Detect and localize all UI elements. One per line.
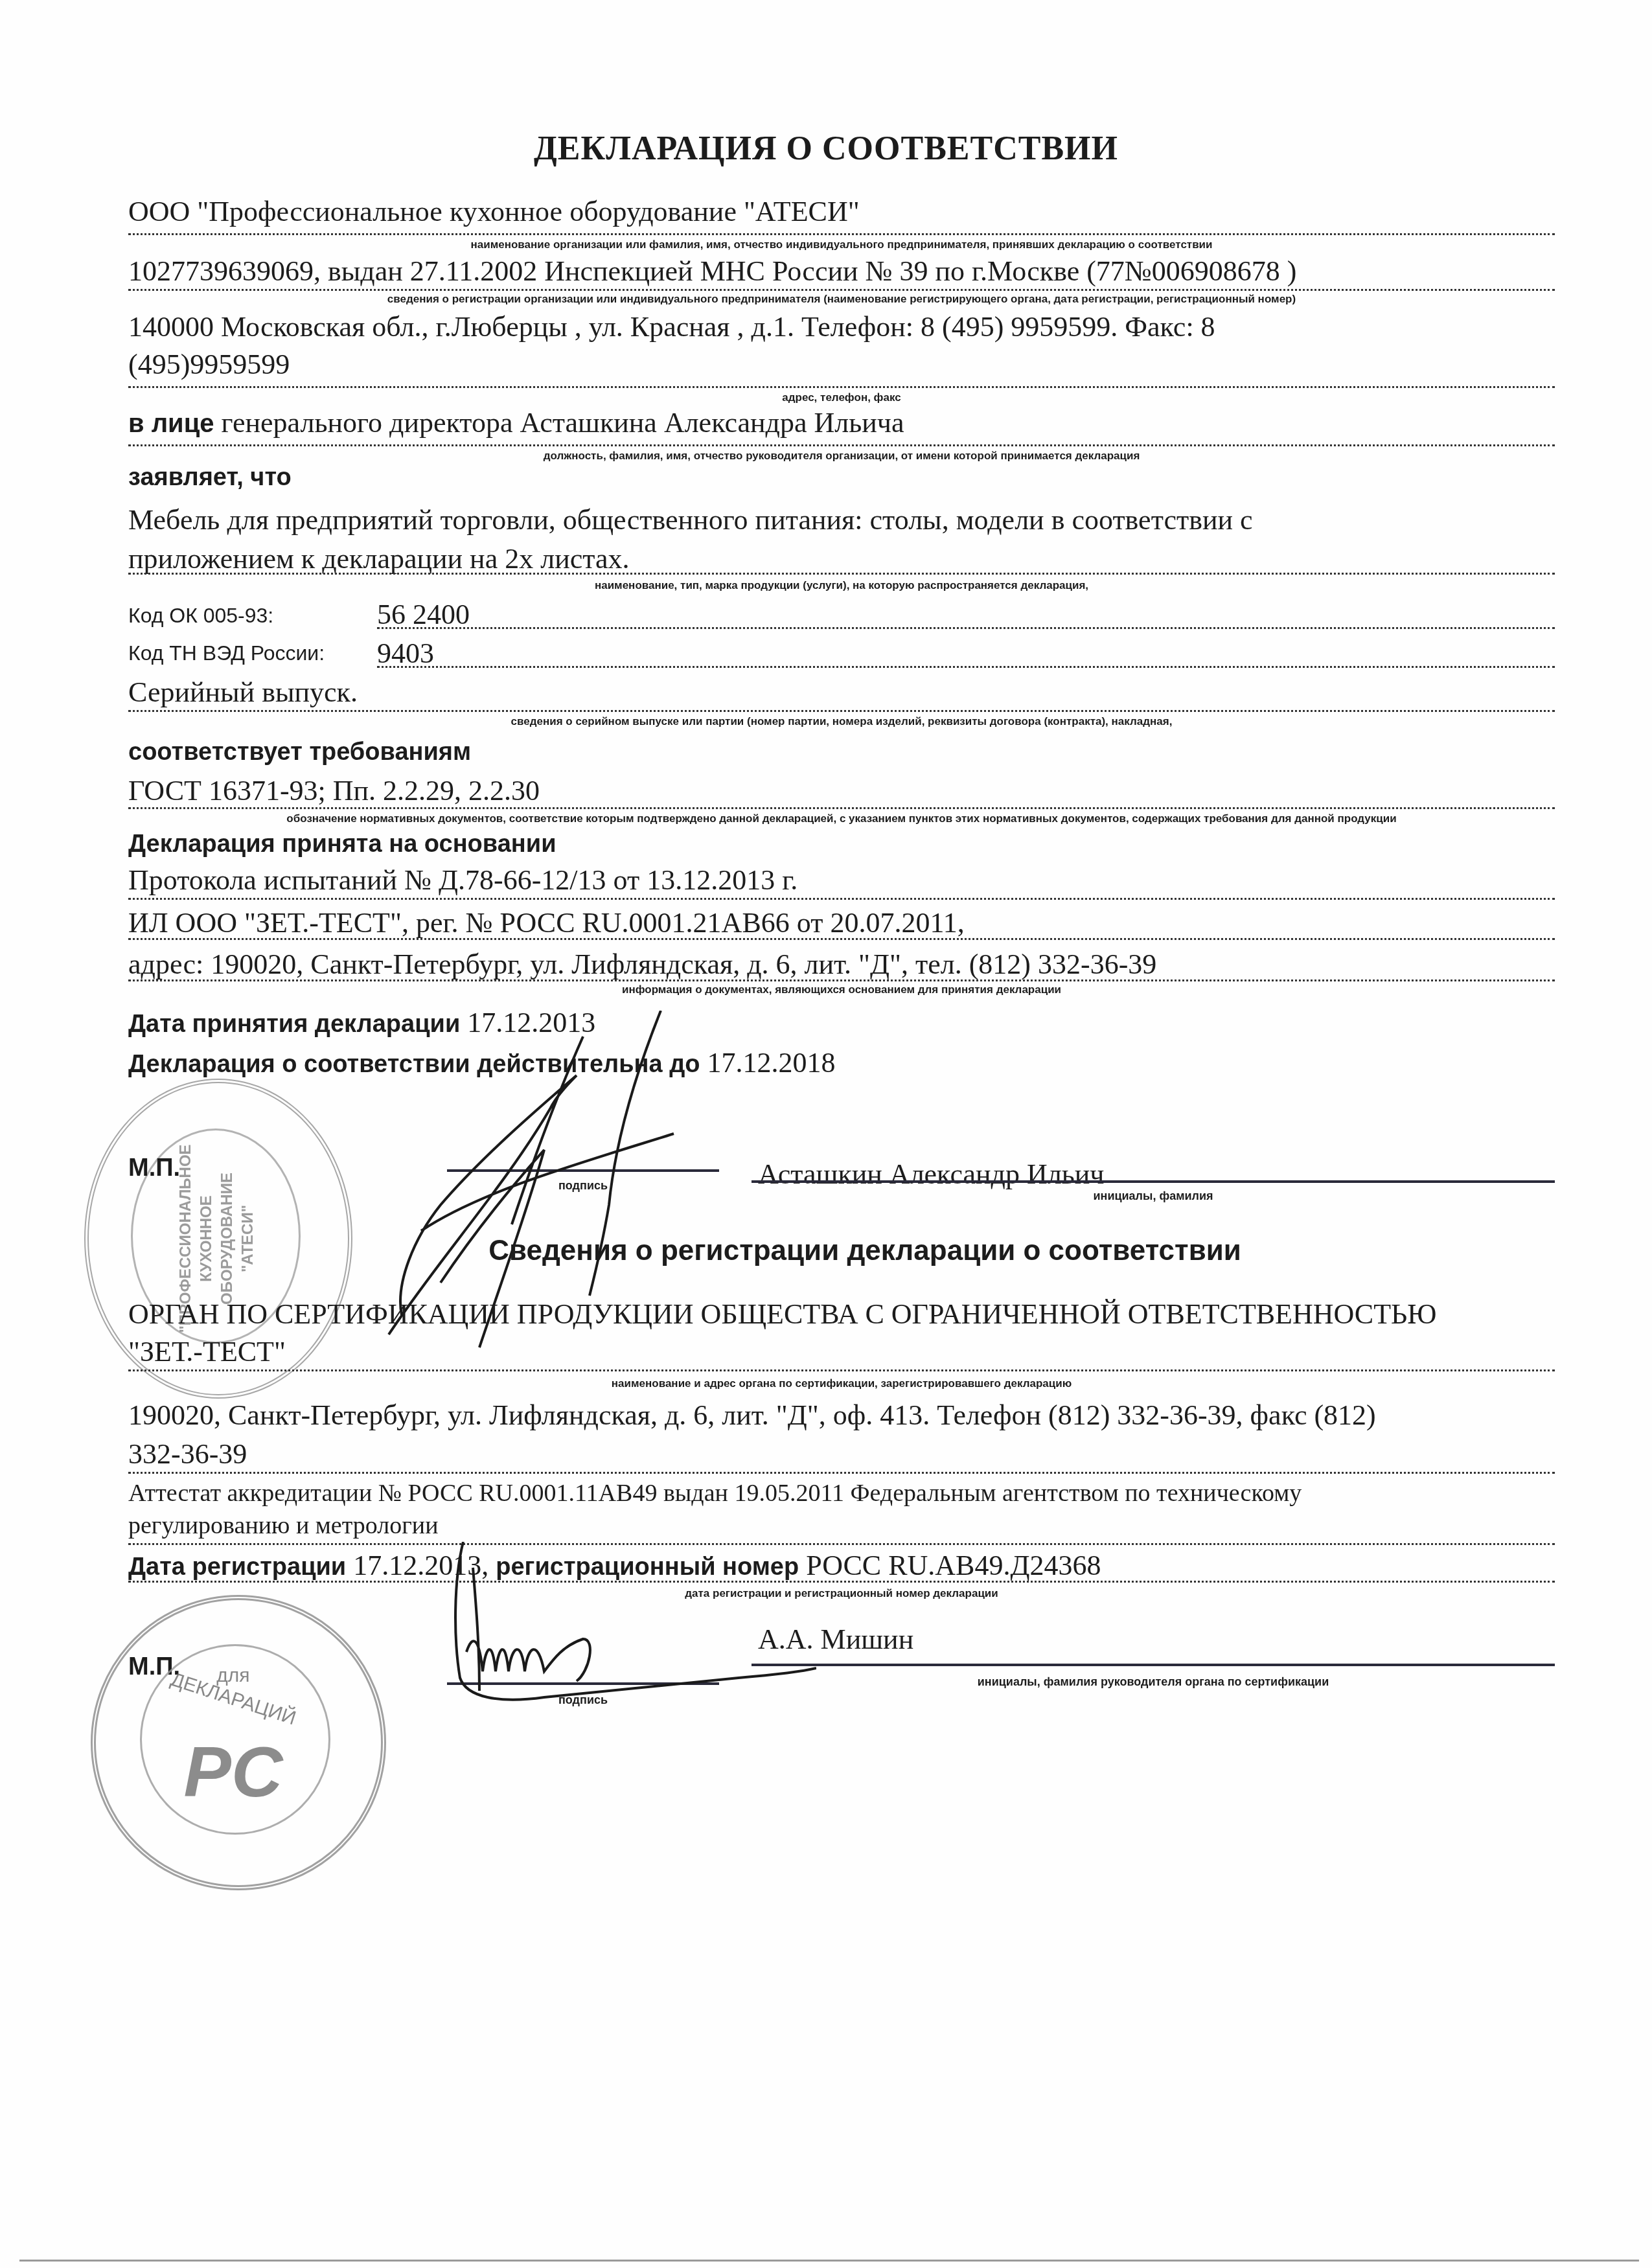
document-title: ДЕКЛАРАЦИЯ О СООТВЕТСТВИИ [0, 130, 1652, 168]
field-line [128, 1581, 1555, 1583]
field-line [128, 444, 1555, 446]
signatory-name-hint-1: инициалы, фамилия [751, 1189, 1555, 1203]
basis-line3: адрес: 190020, Санкт-Петербург, ул. Лифл… [128, 947, 1156, 982]
accreditation-line1: Аттестат аккредитации № РОСС RU.0001.11А… [128, 1477, 1302, 1509]
field-line [128, 710, 1555, 712]
representative-value: генерального директора Асташкина Алексан… [222, 407, 904, 439]
code-tnved-label: Код ТН ВЭД России: [128, 641, 325, 665]
rs-logo-icon: РС [168, 1723, 298, 1820]
name-line-1 [751, 1180, 1555, 1183]
field-line [128, 1543, 1555, 1545]
series-hint: сведения о серийном выпуске или партии (… [128, 715, 1555, 728]
signatory-name-1: Асташкин Александр Ильич [758, 1157, 1104, 1192]
reg-hint: дата регистрации и регистрационный номер… [128, 1587, 1555, 1600]
cert-body-line2: "ЗЕТ.-ТЕСТ" [128, 1334, 286, 1369]
field-line [128, 807, 1555, 809]
accreditation-line2: регулированию и метрологии [128, 1509, 439, 1542]
cert-body-line1: ОРГАН ПО СЕРТИФИКАЦИИ ПРОДУКЦИИ ОБЩЕСТВА… [128, 1297, 1437, 1332]
applicant-registration-hint: сведения о регистрации организации или и… [128, 293, 1555, 306]
field-line [128, 938, 1555, 940]
document-page: ДЕКЛАРАЦИЯ О СООТВЕТСТВИИ ООО "Профессио… [0, 0, 1652, 2268]
registration-heading: Сведения о регистрации декларации о соот… [0, 1235, 1652, 1267]
representative-row: в лице генерального директора Асташкина … [128, 406, 904, 441]
reg-number-value: РОСС RU.АВ49.Д24368 [806, 1550, 1101, 1581]
cert-address-line2: 332-36-39 [128, 1437, 247, 1472]
representative-hint: должность, фамилия, имя, отчество руково… [128, 450, 1555, 463]
field-line [128, 386, 1555, 388]
basis-line1: Протокола испытаний № Д.78-66-12/13 от 1… [128, 863, 797, 898]
cert-body-hint: наименование и адрес органа по сертифика… [128, 1377, 1555, 1390]
field-line [128, 233, 1555, 235]
applicant-name-hint: наименование организации или фамилия, им… [128, 238, 1555, 251]
page-edge [19, 2260, 1639, 2262]
field-line [377, 666, 1555, 668]
requirements-hint: обозначение нормативных документов, соот… [128, 812, 1555, 825]
field-line [128, 1369, 1555, 1371]
field-line [128, 979, 1555, 981]
requirements-value: ГОСТ 16371-93; Пп. 2.2.29, 2.2.30 [128, 773, 540, 808]
signatory-name-hint-2: инициалы, фамилия руководителя органа по… [751, 1675, 1555, 1689]
field-line [128, 1472, 1555, 1474]
product-line2: приложением к декларации на 2х листах. [128, 542, 630, 577]
valid-until-value: 17.12.2018 [707, 1047, 836, 1079]
applicant-registration: 1027739639069, выдан 27.11.2002 Инспекци… [128, 254, 1296, 289]
applicant-address-line1: 140000 Московская обл., г.Люберцы , ул. … [128, 310, 1215, 345]
signatory-name-2: А.А. Мишин [758, 1622, 913, 1657]
product-hint: наименование, тип, марка продукции (услу… [128, 579, 1555, 592]
representative-label: в лице [128, 409, 214, 438]
basis-hint: информация о документах, являющихся осно… [128, 983, 1555, 996]
declares-label: заявляет, что [128, 464, 292, 492]
requirements-label: соответствует требованиям [128, 739, 471, 766]
field-line [377, 627, 1555, 629]
reg-date-label: Дата регистрации [128, 1553, 346, 1581]
field-line [128, 289, 1555, 291]
applicant-name: ООО "Профессиональное кухонное оборудова… [128, 194, 860, 229]
basis-label: Декларация принята на основании [128, 830, 556, 858]
field-line [128, 573, 1555, 575]
mp-label-1: М.П. [128, 1154, 180, 1182]
field-line [128, 898, 1555, 900]
cert-address-line1: 190020, Санкт-Петербург, ул. Лифляндская… [128, 1398, 1376, 1433]
applicant-address-hint: адрес, телефон, факс [128, 391, 1555, 404]
certification-stamp: для ДЕКЛАРАЦИЙ РС [91, 1595, 386, 1890]
product-line1: Мебель для предприятий торговли, обществ… [128, 503, 1555, 538]
name-line-2 [751, 1664, 1555, 1666]
code-ok-label: Код ОК 005-93: [128, 604, 273, 628]
series-value: Серийный выпуск. [128, 675, 358, 710]
basis-line2: ИЛ ООО "ЗЕТ.-ТЕСТ", рег. № РОСС RU.0001.… [128, 906, 965, 941]
applicant-address-line2: (495)9959599 [128, 347, 290, 382]
